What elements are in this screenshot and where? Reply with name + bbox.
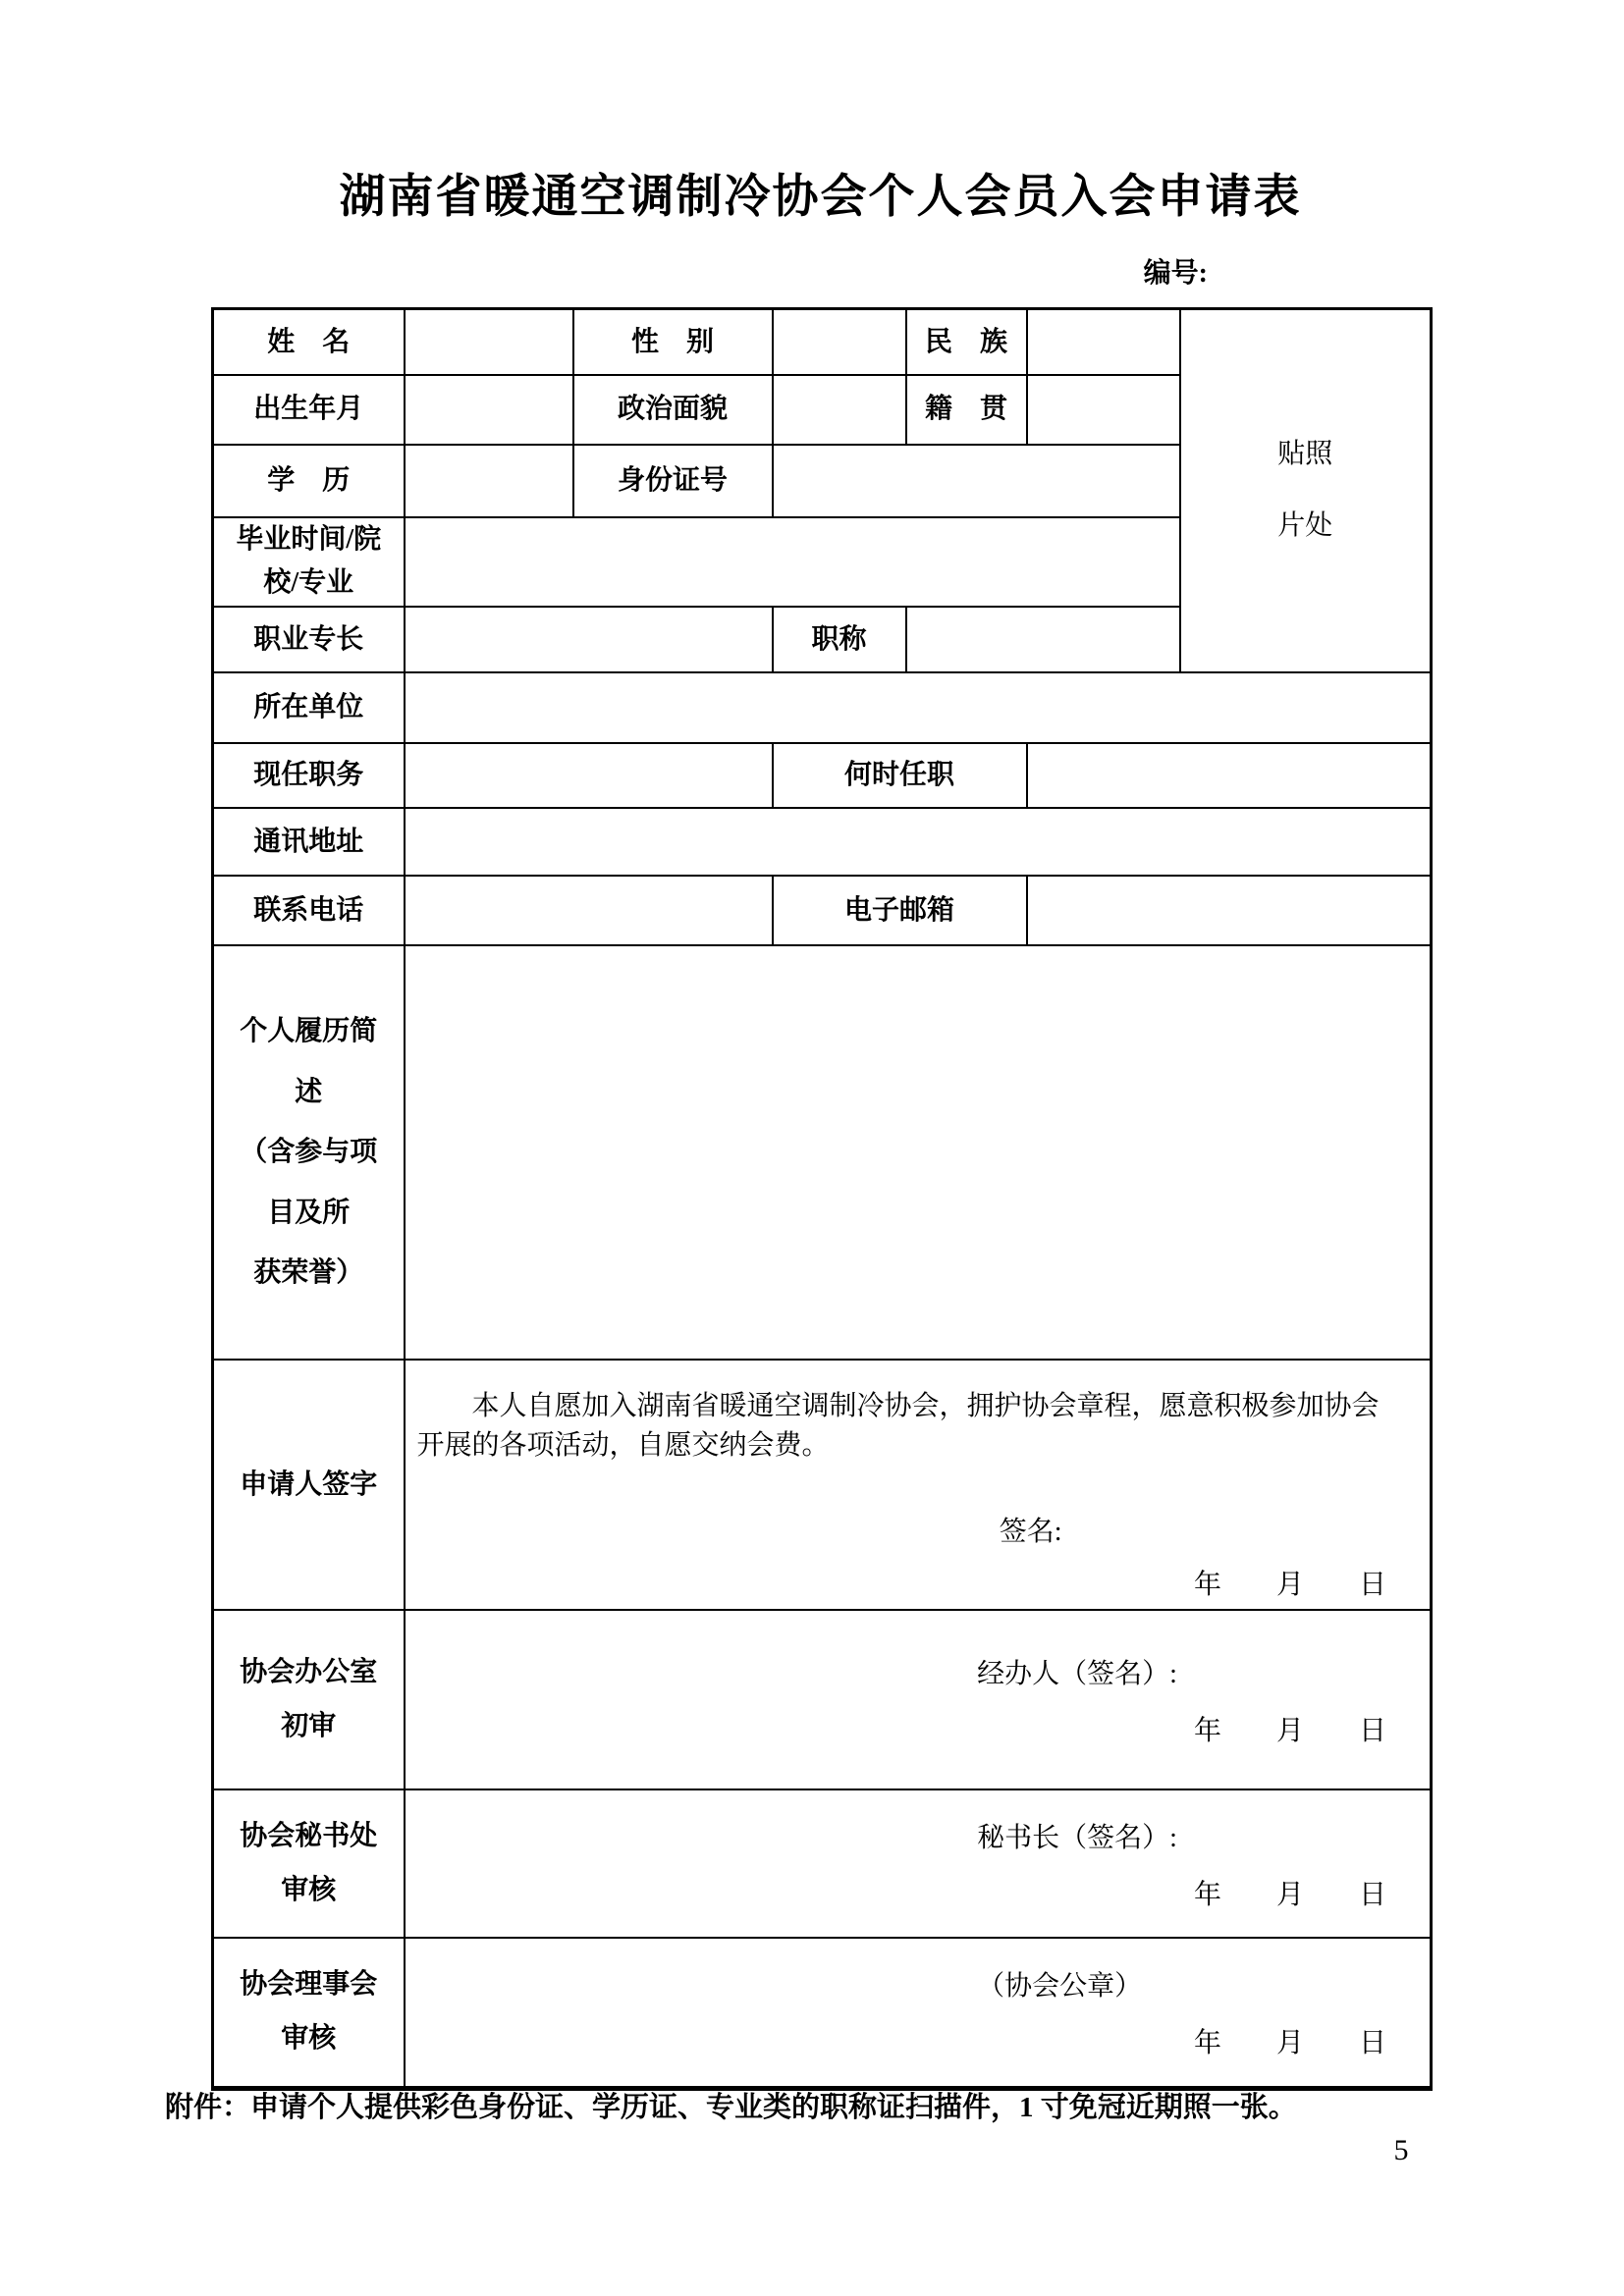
photo-paste-area: 贴照 片处: [1180, 309, 1432, 673]
secretary-general-signature-label: 秘书长（签名）:: [977, 1816, 1416, 1855]
native-place-value-cell[interactable]: [1027, 375, 1180, 445]
employer-value-cell[interactable]: [405, 672, 1432, 743]
office-review-date-line: 年 月 日: [419, 1709, 1417, 1748]
membership-pledge-text: 本人自愿加入湖南省暖通空调制冷协会，拥护协会章程，愿意积极参加协会开展的各项活动…: [417, 1387, 1394, 1466]
gender-value-cell[interactable]: [773, 309, 906, 375]
page-title: 湖南省暖通空调制冷协会个人会员入会申请表: [211, 160, 1430, 226]
email-value-cell[interactable]: [1027, 876, 1432, 945]
current-position-value-cell[interactable]: [405, 743, 773, 808]
ethnicity-value-cell[interactable]: [1027, 309, 1180, 375]
phone-label: 联系电话: [213, 876, 405, 945]
email-label: 电子邮箱: [773, 876, 1027, 945]
political-status-label: 政治面貌: [573, 375, 773, 445]
ethnicity-label: 民 族: [906, 309, 1027, 375]
professional-title-label: 职称: [773, 607, 906, 672]
professional-title-value-cell[interactable]: [906, 607, 1180, 672]
council-review-date-line: 年 月 日: [419, 2021, 1417, 2060]
signature-date-line: 年 月 日: [406, 1563, 1431, 1602]
specialty-value-cell[interactable]: [405, 607, 773, 672]
mailing-address-label: 通讯地址: [213, 808, 405, 876]
office-review-label: 协会办公室 初审: [213, 1610, 405, 1789]
applicant-signature-label: 申请人签字: [213, 1360, 405, 1610]
tenure-start-label: 何时任职: [773, 743, 1027, 808]
page-number: 5: [1377, 2134, 1426, 2167]
political-status-value-cell[interactable]: [773, 375, 906, 445]
mailing-address-value-cell[interactable]: [405, 808, 1432, 876]
council-review-cell: （协会公章） 年 月 日: [405, 1938, 1432, 2088]
education-value-cell[interactable]: [405, 445, 573, 517]
association-seal-label: （协会公章）: [977, 1964, 1416, 2003]
graduation-label: 毕业时间/院 校/专业: [213, 517, 405, 608]
birth-date-label: 出生年月: [213, 375, 405, 445]
signature-label: 签名:: [1000, 1510, 1430, 1549]
tenure-start-value-cell[interactable]: [1027, 743, 1432, 808]
attachment-note: 附件：申请个人提供彩色身份证、学历证、专业类的职称证扫描件，1 寸免冠近期照一张…: [165, 2091, 1441, 2125]
employer-label: 所在单位: [213, 672, 405, 743]
specialty-label: 职业专长: [213, 607, 405, 672]
id-number-label: 身份证号: [573, 445, 773, 517]
resume-value-cell[interactable]: [405, 945, 1432, 1360]
gender-label: 性 别: [573, 309, 773, 375]
name-value-cell[interactable]: [405, 309, 573, 375]
education-label: 学 历: [213, 445, 405, 517]
resume-label: 个人履历简 述 （含参与项 目及所 获荣誉）: [213, 945, 405, 1360]
secretariat-review-date-line: 年 月 日: [419, 1873, 1417, 1912]
secretariat-review-label: 协会秘书处 审核: [213, 1789, 405, 1938]
name-label: 姓 名: [213, 309, 405, 375]
current-position-label: 现任职务: [213, 743, 405, 808]
birth-date-value-cell[interactable]: [405, 375, 573, 445]
id-number-value-cell[interactable]: [773, 445, 1180, 517]
serial-number-label: 编号:: [211, 251, 1208, 291]
graduation-value-cell[interactable]: [405, 517, 1180, 608]
native-place-label: 籍 贯: [906, 375, 1027, 445]
office-review-cell: 经办人（签名）: 年 月 日: [405, 1610, 1432, 1789]
secretariat-review-cell: 秘书长（签名）: 年 月 日: [405, 1789, 1432, 1938]
office-handler-signature-label: 经办人（签名）:: [977, 1652, 1416, 1691]
application-form-table: 姓 名 性 别 民 族 贴照 片处 出生年月 政治面貌 籍 贯 学 历 身份证号…: [211, 307, 1433, 2091]
council-review-label: 协会理事会 审核: [213, 1938, 405, 2088]
applicant-signature-cell: 本人自愿加入湖南省暖通空调制冷协会，拥护协会章程，愿意积极参加协会开展的各项活动…: [405, 1360, 1432, 1610]
phone-value-cell[interactable]: [405, 876, 773, 945]
